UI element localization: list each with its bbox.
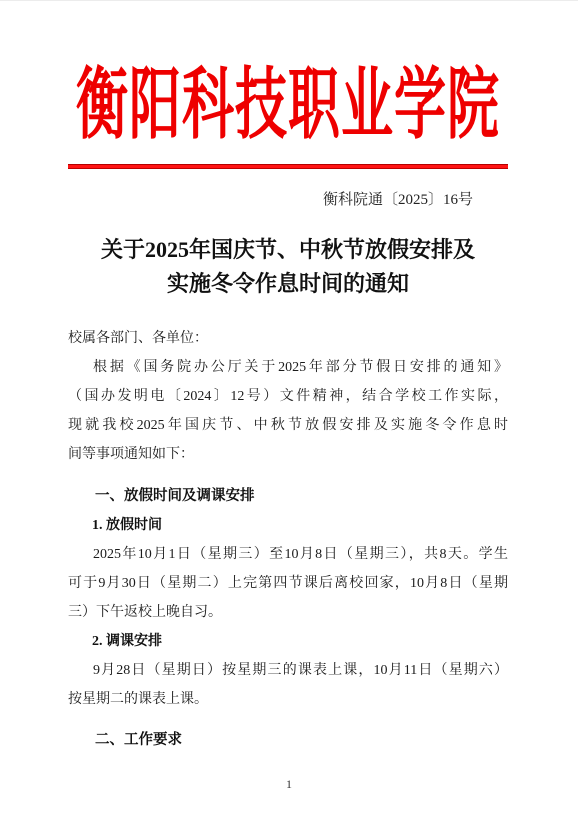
- school-name-title: 衡阳科技职业学院: [76, 68, 500, 146]
- section-1-heading: 一、放假时间及调课安排: [68, 482, 508, 511]
- course-adjustment-paragraph: 9月28日（星期日）按星期三的课表上课，10月11日（星期六）按星期二的课表上课…: [68, 656, 508, 714]
- document-content: 衡阳科技职业学院 衡科院通〔2025〕16号 关于2025年国庆节、中秋节放假安…: [0, 63, 578, 755]
- holiday-time-paragraph: 2025年10月1日（星期三）至10月8日（星期三），共8天。学生可于9月30日…: [68, 540, 508, 627]
- text-line: 现就我校2025年国庆节、中秋节放假安排及实施冬令作息时: [68, 411, 508, 440]
- red-separator-line: [68, 164, 508, 169]
- text-line: 可于9月30日（星期二）上完第四节课后离校回家，10月8日（星期: [68, 569, 508, 598]
- document-title-line-2: 实施冬令作息时间的通知: [68, 267, 508, 301]
- text-line: （国办发明电〔2024〕12号）文件精神，结合学校工作实际，: [68, 382, 508, 411]
- text-line: 间等事项通知如下：: [68, 440, 508, 469]
- document-body: 校属各部门、各单位： 根据《国务院办公厅关于2025年部分节假日安排的通知》（国…: [68, 324, 508, 755]
- subsection-holiday-time-heading: 1. 放假时间: [68, 511, 508, 540]
- document-title: 关于2025年国庆节、中秋节放假安排及 实施冬令作息时间的通知: [68, 233, 508, 301]
- text-line: 三）下午返校上晚自习。: [68, 598, 508, 627]
- text-line: 按星期二的课表上课。: [68, 685, 508, 714]
- masthead: 衡阳科技职业学院: [68, 63, 508, 151]
- document-page: 衡阳科技职业学院 衡科院通〔2025〕16号 关于2025年国庆节、中秋节放假安…: [0, 0, 578, 818]
- text-line: 根据《国务院办公厅关于2025年部分节假日安排的通知》: [68, 353, 508, 382]
- section-holiday-arrangement: 一、放假时间及调课安排 1. 放假时间 2025年10月1日（星期三）至10月8…: [68, 482, 508, 714]
- text-line: 2025年10月1日（星期三）至10月8日（星期三），共8天。学生: [68, 540, 508, 569]
- section-2-heading: 二、工作要求: [68, 726, 508, 755]
- intro-paragraph: 根据《国务院办公厅关于2025年部分节假日安排的通知》（国办发明电〔2024〕1…: [68, 353, 508, 469]
- page-number: 1: [0, 777, 578, 792]
- text-line: 9月28日（星期日）按星期三的课表上课，10月11日（星期六）: [68, 656, 508, 685]
- subsection-course-adjustment-heading: 2. 调课安排: [68, 627, 508, 656]
- salutation: 校属各部门、各单位：: [68, 324, 508, 353]
- document-title-line-1: 关于2025年国庆节、中秋节放假安排及: [68, 233, 508, 267]
- document-number: 衡科院通〔2025〕16号: [68, 190, 508, 211]
- section-work-requirements: 二、工作要求: [68, 726, 508, 755]
